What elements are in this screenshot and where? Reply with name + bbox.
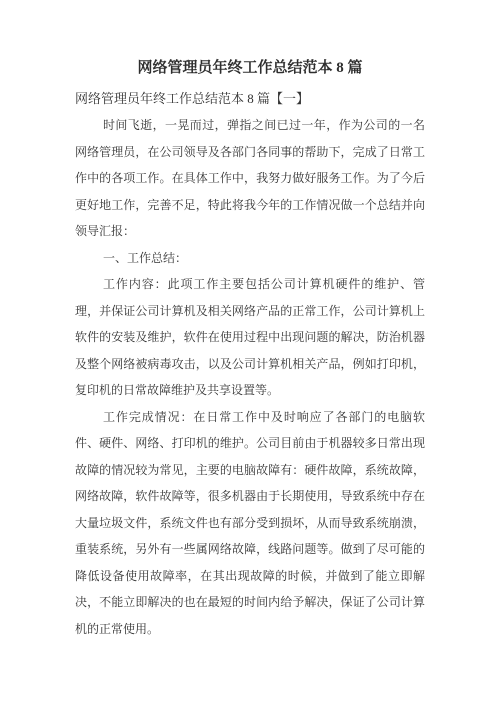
section-subtitle: 网络管理员年终工作总结范本 8 篇【一】 <box>75 86 425 112</box>
section-heading-work-summary: 一、工作总结： <box>75 245 425 272</box>
document-page: 网络管理员年终工作总结范本 8 篇 网络管理员年终工作总结范本 8 篇【一】 时… <box>0 0 500 707</box>
document-title: 网络管理员年终工作总结范本 8 篇 <box>75 56 425 80</box>
paragraph-work-completion: 工作完成情况：在日常工作中及时响应了各部门的电脑软件、硬件、网络、打印机的维护。… <box>75 404 425 643</box>
paragraph-intro: 时间飞逝，一晃而过，弹指之间已过一年，作为公司的一名网络管理员，在公司领导及各部… <box>75 112 425 245</box>
paragraph-work-content: 工作内容：此项工作主要包括公司计算机硬件的维护、管理，并保证公司计算机及相关网络… <box>75 271 425 404</box>
